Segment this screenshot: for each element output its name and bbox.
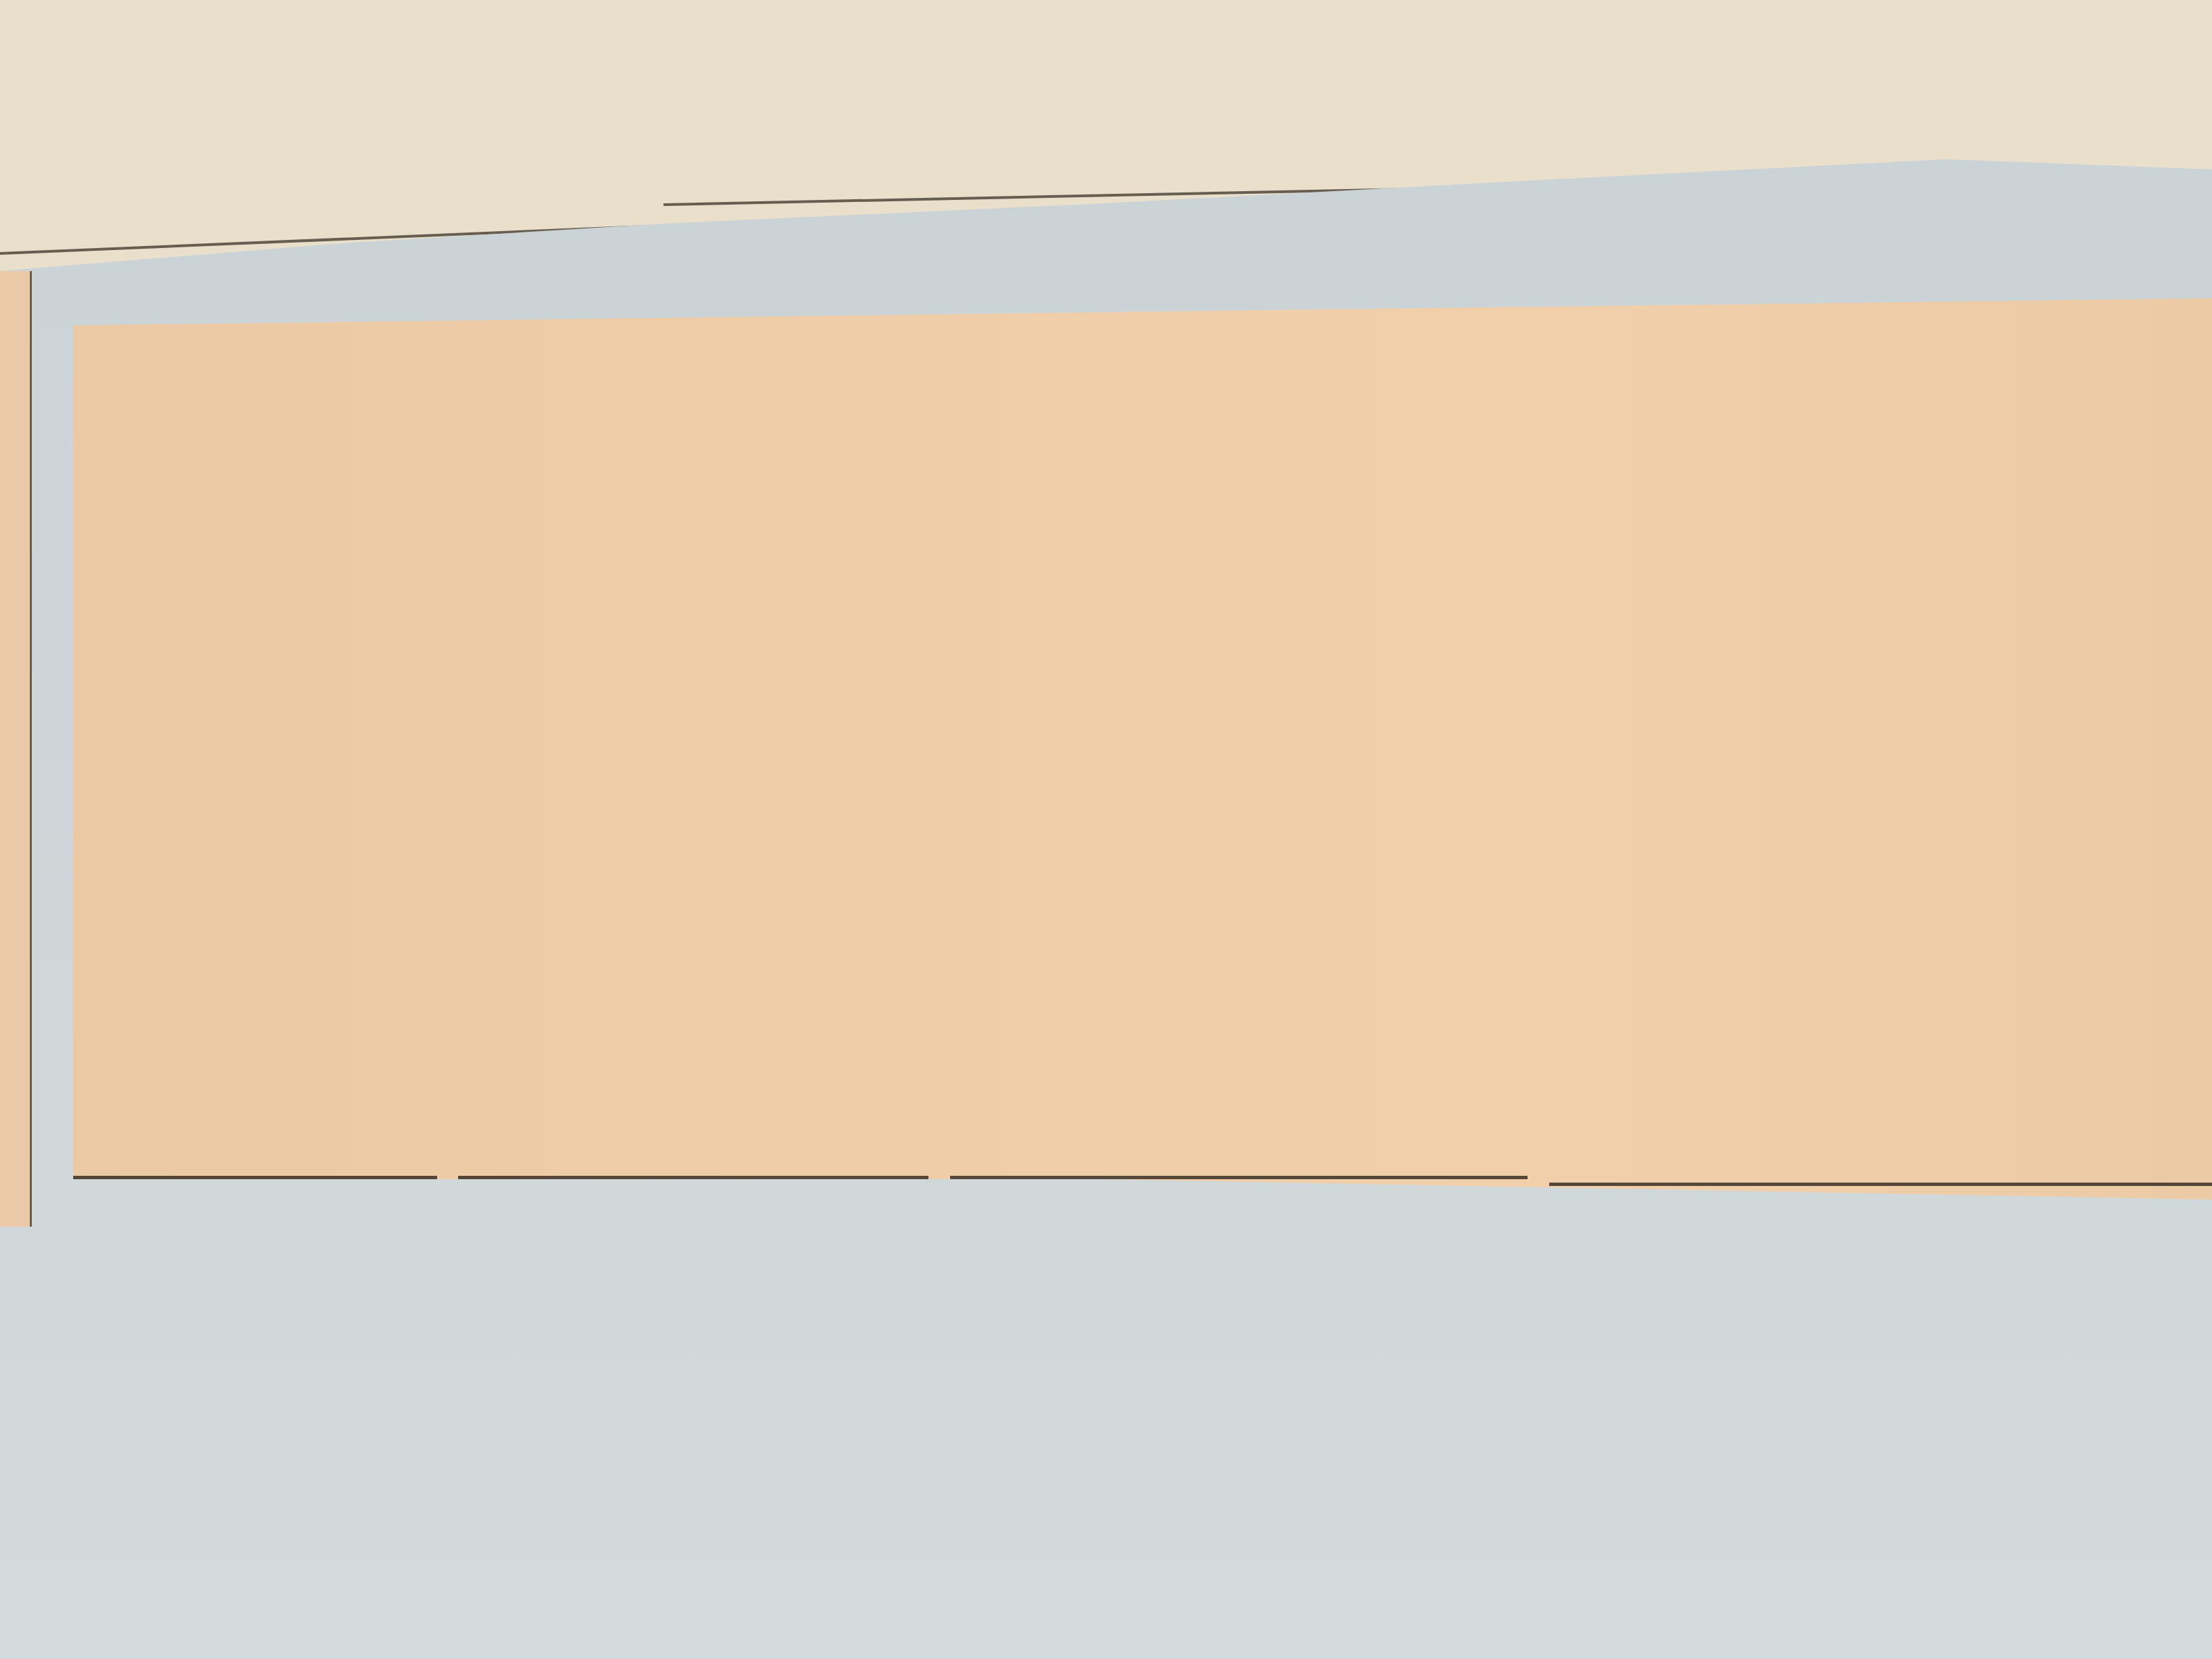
column-rule <box>73 1176 437 1179</box>
article-body <box>73 298 2212 1179</box>
left-clipping-edge <box>0 271 32 1227</box>
top-newspaper-clipping <box>0 0 2212 285</box>
top-clipping-text <box>0 0 2212 264</box>
column-rule <box>458 1176 928 1179</box>
scanned-surface <box>0 0 2212 1659</box>
article-clipping <box>73 298 2212 1200</box>
column-rule <box>950 1176 1528 1179</box>
column-rule <box>1549 1183 2212 1186</box>
